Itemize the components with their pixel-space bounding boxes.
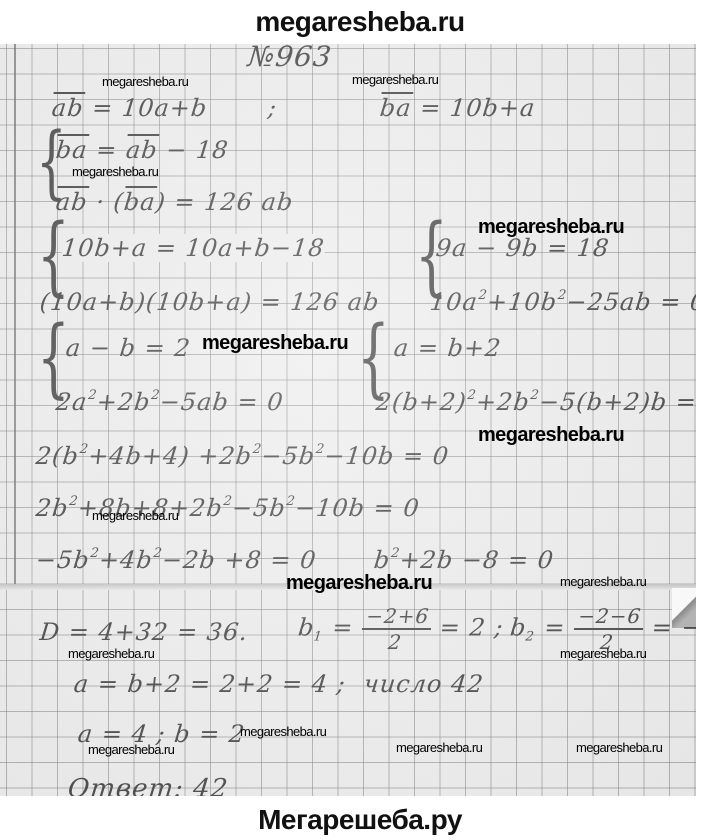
system5-equation2: 2(b+2)2+2b2−5(b+2)b = 0 bbox=[375, 388, 696, 416]
watermark: megaresheba.ru bbox=[72, 164, 158, 179]
watermark: megaresheba.ru bbox=[92, 508, 178, 523]
watermark: megaresheba.ru bbox=[352, 72, 438, 87]
watermark: megaresheba.ru bbox=[396, 740, 482, 755]
watermark: megaresheba.ru bbox=[478, 216, 624, 239]
system1-equation2: ab · (ba) = 126 ab bbox=[55, 188, 295, 216]
system3-equation2: 10a2+10b2−25ab = 0 bbox=[429, 288, 696, 316]
watermark: megaresheba.ru bbox=[202, 332, 348, 355]
a-value: a = b+2 = 2+2 = 4 ; bbox=[73, 670, 348, 698]
problem-number: №963 bbox=[246, 44, 333, 73]
system-brace: { bbox=[357, 328, 390, 388]
watermark: megaresheba.ru bbox=[576, 740, 662, 755]
simplified-equation: −5b2+4b2−2b +8 = 0 bbox=[35, 546, 318, 574]
number-result: число 42 bbox=[363, 670, 486, 698]
definition-ba: ba = 10b+a bbox=[379, 94, 537, 122]
watermark: megaresheba.ru bbox=[286, 572, 432, 595]
system4-equation1: a − b = 2 bbox=[65, 334, 193, 362]
watermark: megaresheba.ru bbox=[560, 646, 646, 661]
system1-equation1: ba = ab − 18 bbox=[55, 136, 231, 164]
margin-line bbox=[14, 44, 16, 584]
watermark: megaresheba.ru bbox=[102, 74, 188, 89]
system2-equation1: 10b+a = 10a+b−18 bbox=[61, 234, 327, 262]
system5-equation1: a = b+2 bbox=[393, 334, 503, 362]
graph-paper-sheet: №963 abab = 10a+b = 10a+b ; ba = 10b+a {… bbox=[0, 44, 696, 796]
watermark: megaresheba.ru bbox=[240, 724, 326, 739]
site-header: megaresheba.ru bbox=[0, 0, 720, 44]
watermark: megaresheba.ru bbox=[478, 424, 624, 447]
answer: Ответ: 42 bbox=[66, 774, 229, 796]
root-b1: b1 = −2+62 = 2 ; bbox=[295, 604, 506, 654]
definition-ab: abab = 10a+b = 10a+b bbox=[51, 94, 209, 122]
discriminant: D = 4+32 = 36. bbox=[39, 618, 250, 646]
separator: ; bbox=[267, 94, 279, 122]
watermark: megaresheba.ru bbox=[88, 742, 174, 757]
watermark: megaresheba.ru bbox=[68, 646, 154, 661]
site-footer: Мегарешеба.ру bbox=[0, 800, 720, 840]
system4-equation2: 2a2+2b2−5ab = 0 bbox=[55, 388, 286, 416]
expansion-line-1: 2(b2+4b+4) +2b2−5b2−10b = 0 bbox=[35, 442, 451, 470]
system2-equation2: (10a+b)(10b+a) = 126 ab bbox=[39, 288, 382, 316]
watermark: megaresheba.ru bbox=[560, 574, 646, 589]
quadratic-equation: b2+2b −8 = 0 bbox=[373, 546, 556, 574]
